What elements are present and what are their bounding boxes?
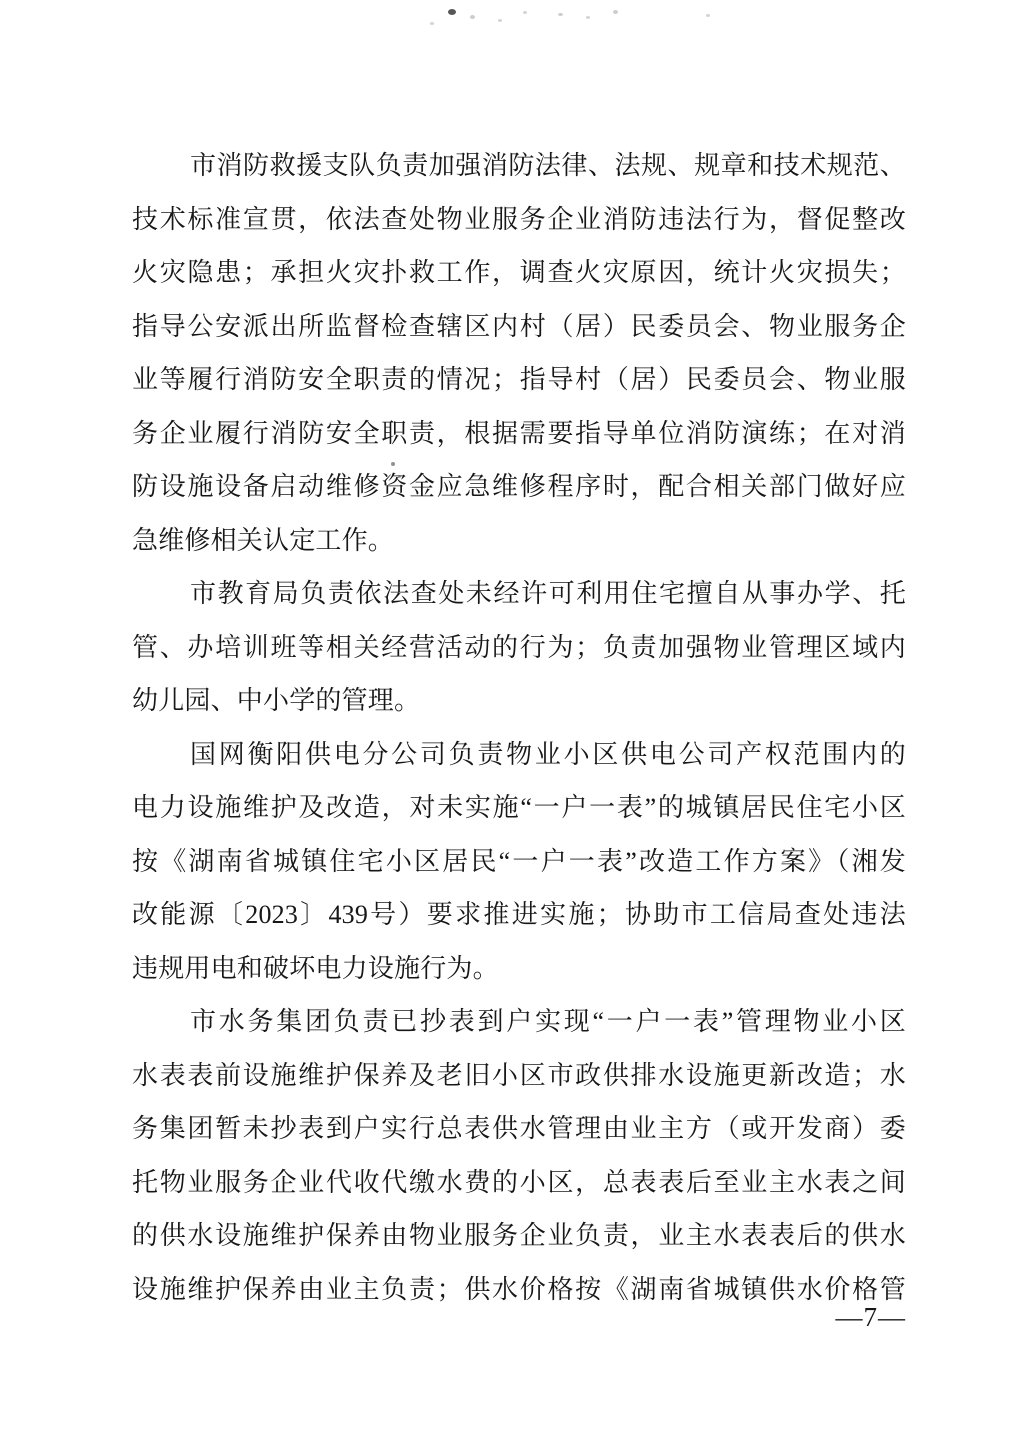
text-line: 防设施设备启动维修资金应急维修程序时，配合相关部门做好应	[132, 460, 906, 514]
text-line: 国网衡阳供电分公司负责物业小区供电公司产权范围内的	[132, 728, 906, 782]
scan-noise	[558, 13, 563, 16]
text-line: 按《湖南省城镇住宅小区居民“一户一表”改造工作方案》（湘发	[132, 835, 906, 889]
scan-noise	[523, 11, 527, 14]
document-body: 市消防救援支队负责加强消防法律、法规、规章和技术规范、 技术标准宣贯，依法查处物…	[132, 139, 906, 1316]
scan-noise	[586, 16, 590, 19]
text-line: 务集团暂未抄表到户实行总表供水管理由业主方（或开发商）委	[132, 1102, 906, 1156]
text-line: 的供水设施维护保养由物业服务企业负责，业主水表表后的供水	[132, 1209, 906, 1263]
text-line: 管、办培训班等相关经营活动的行为；负责加强物业管理区域内	[132, 621, 906, 675]
text-line: 务企业履行消防安全职责，根据需要指导单位消防演练；在对消	[132, 407, 906, 461]
text-line: 火灾隐患；承担火灾扑救工作，调查火灾原因，统计火灾损失；	[132, 246, 906, 300]
text-line: 指导公安派出所监督检查辖区内村（居）民委员会、物业服务企	[132, 300, 906, 354]
paragraph-education-bureau: 市教育局负责依法查处未经许可利用住宅擅自从事办学、托 管、办培训班等相关经营活动…	[132, 567, 906, 728]
text-line: 急维修相关认定工作。	[132, 514, 906, 568]
paragraph-power-supply-company: 国网衡阳供电分公司负责物业小区供电公司产权范围内的 电力设施维护及改造，对未实施…	[132, 728, 906, 996]
text-line: 电力设施维护及改造，对未实施“一户一表”的城镇居民住宅小区	[132, 781, 906, 835]
scan-noise	[448, 9, 456, 15]
text-line: 托物业服务企业代收代缴水费的小区，总表表后至业主水表之间	[132, 1156, 906, 1210]
text-line: 业等履行消防安全职责的情况；指导村（居）民委员会、物业服	[132, 353, 906, 407]
scan-noise	[706, 14, 710, 17]
scan-noise	[498, 19, 502, 22]
text-line: 市消防救援支队负责加强消防法律、法规、规章和技术规范、	[132, 139, 906, 193]
text-line: 技术标准宣贯，依法查处物业服务企业消防违法行为，督促整改	[132, 193, 906, 247]
scan-noise	[470, 15, 475, 19]
text-line: 幼儿园、中小学的管理。	[132, 674, 906, 728]
scan-noise	[430, 22, 434, 25]
scan-noise	[613, 10, 618, 14]
text-line: 市教育局负责依法查处未经许可利用住宅擅自从事办学、托	[132, 567, 906, 621]
page-number: —7—	[132, 1300, 906, 1334]
text-line: 市水务集团负责已抄表到户实现“一户一表”管理物业小区	[132, 995, 906, 1049]
text-line: 水表表前设施维护保养及老旧小区市政供排水设施更新改造；水	[132, 1049, 906, 1103]
text-line: 改能源〔2023〕439号）要求推进实施；协助市工信局查处违法	[132, 888, 906, 942]
paragraph-fire-rescue-brigade: 市消防救援支队负责加强消防法律、法规、规章和技术规范、 技术标准宣贯，依法查处物…	[132, 139, 906, 567]
text-line: 违规用电和破坏电力设施行为。	[132, 942, 906, 996]
paragraph-water-group: 市水务集团负责已抄表到户实现“一户一表”管理物业小区 水表表前设施维护保养及老旧…	[132, 995, 906, 1316]
